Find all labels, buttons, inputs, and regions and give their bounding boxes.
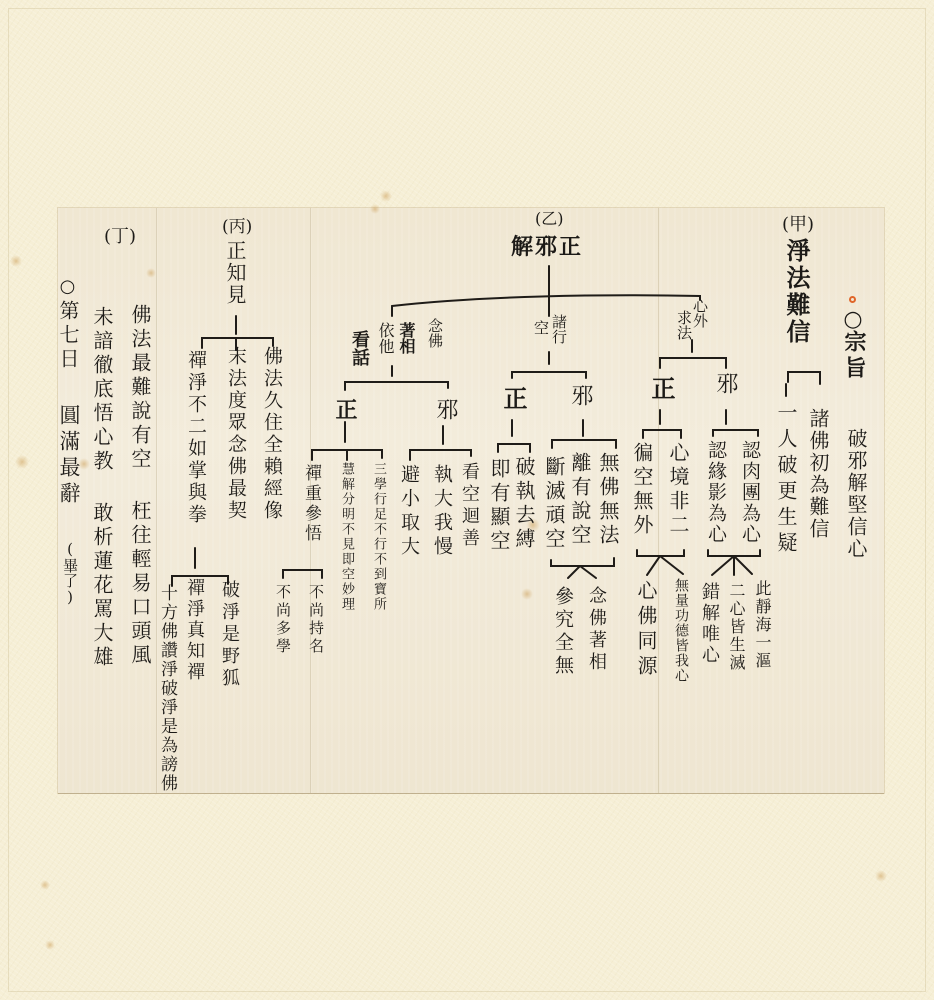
section-ding-label: (丁): [104, 222, 136, 248]
branch1-heading-b: 求法: [676, 310, 691, 340]
stain: [45, 940, 55, 950]
branch2-xie: 邪: [569, 384, 591, 406]
branch3-xie: 邪: [434, 398, 456, 420]
bing-sub-2: 禪淨真知禪: [185, 578, 203, 683]
red-circle-marker: [849, 296, 856, 303]
section-bing-heading: 正知見: [225, 240, 245, 306]
stain: [15, 455, 29, 469]
stain: [380, 190, 392, 202]
b2-zheng-child-1: 即有顯空: [489, 458, 509, 554]
section-yi-label: (乙): [535, 206, 564, 229]
b3-xie-child-3: 看空迴善: [460, 462, 478, 550]
b3-zheng-note-1: 不尚持名: [308, 584, 323, 656]
b3-zheng-note-2: 不尚多學: [275, 584, 290, 656]
branch3-sub-1: 著相: [398, 322, 414, 354]
bing-sub-3: 破淨是野狐: [220, 580, 238, 690]
b2-xie-child-3: 無佛無法: [598, 452, 618, 548]
stain: [521, 588, 533, 600]
bing-child-1: 禪淨不二如掌與拳: [186, 350, 205, 526]
b2-xie-note-1: 參究全無: [553, 586, 572, 678]
branch3-zheng: 正: [334, 398, 356, 420]
section-jia-label: (甲): [782, 210, 814, 236]
section-bing-label: (丙): [222, 212, 252, 237]
stain: [875, 870, 887, 882]
bing-child-2: 末法度眾念佛最契: [226, 346, 245, 522]
b3-xie-child-2: 執大我慢: [432, 464, 451, 560]
stain: [146, 268, 156, 278]
footer-title: 圓滿最辭: [58, 404, 79, 508]
b1-xie-child-2: 認肉團為心: [740, 440, 759, 545]
b3-zheng-child-3: 三學行足不行不到寶所: [372, 462, 385, 612]
jia-child-2: 一人破更生疑: [776, 402, 796, 558]
bing-child-3: 佛法久住全賴經像: [262, 346, 281, 522]
branch3-heading: 念佛: [427, 318, 442, 348]
branch2-zheng: 正: [501, 386, 525, 410]
b3-zheng-child-2: 慧解分明不見即空妙理: [340, 462, 353, 612]
b1-xie-note-1: 錯解唯心: [700, 582, 718, 666]
branch2-heading-a: 諸行: [551, 314, 566, 344]
ding-line-2: 未諳徹底悟心教 敢析蓮花罵大雄: [92, 306, 112, 670]
b1-xie-note-3: 此靜海一漚: [754, 580, 770, 670]
branch1-zheng: 正: [649, 376, 673, 400]
main-subtitle: 破邪解堅信心: [846, 428, 866, 560]
branch1-heading-a: 心外: [692, 298, 707, 328]
branch2-heading-b: 空: [533, 320, 548, 335]
footer-day: 第七日: [58, 300, 78, 372]
stain: [10, 255, 22, 267]
b1-zheng-note-2: 無量功德皆我心: [674, 578, 688, 683]
b2-zheng-child-2: 破執去縛: [514, 456, 534, 552]
b2-xie-note-2: 念佛著相: [587, 586, 605, 674]
b2-xie-child-1: 斷滅頑空: [544, 456, 564, 552]
section-yi-heading: 正邪解: [511, 230, 583, 261]
main-title: 宗旨: [843, 330, 865, 382]
branch3-sub-3: 看話: [350, 330, 368, 366]
bing-sub-1: 十方佛讚淨破淨是為謗佛: [158, 584, 175, 793]
b1-xie-note-2: 二心皆生滅: [728, 582, 744, 672]
main-marker: ○: [842, 306, 864, 332]
b2-xie-child-2: 離有說空: [570, 452, 590, 548]
branch1-xie: 邪: [714, 372, 736, 394]
paper-fold-line: [658, 208, 659, 793]
stain: [40, 880, 50, 890]
footer-marker: ○: [58, 276, 76, 297]
b1-zheng-child-1: 徧空無外: [632, 442, 652, 538]
b3-xie-child-1: 避小取大: [399, 464, 418, 560]
section-jia-heading: 淨法難信: [784, 238, 808, 346]
ding-line-1: 佛法最難說有空 枉往輕易口頭風: [130, 304, 150, 668]
jia-child-1: 諸佛初為難信: [808, 408, 828, 540]
stain: [370, 204, 380, 214]
footer-note: (畢了): [62, 540, 77, 606]
branch3-sub-2: 依他: [377, 322, 393, 354]
b1-xie-child-1: 認緣影為心: [706, 440, 725, 545]
b1-zheng-note-1: 心佛同源: [636, 580, 656, 680]
b1-zheng-child-2: 心境非二: [668, 442, 688, 538]
b3-zheng-child-1: 禪重參悟: [302, 464, 319, 544]
